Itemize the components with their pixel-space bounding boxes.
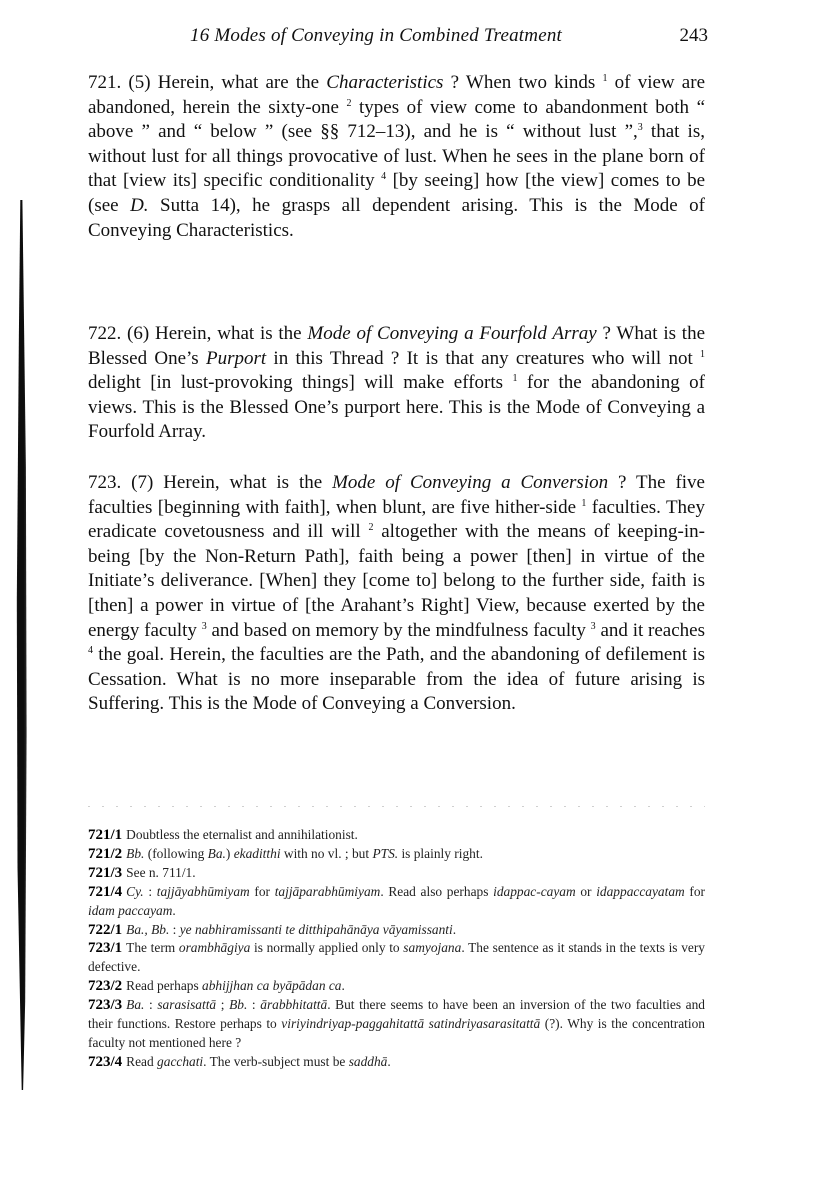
italic-text: Mode of Conveying a Fourfold Array (307, 323, 596, 344)
body-text: for (250, 884, 275, 899)
italic-text: PTS. (372, 846, 398, 861)
italic-text: Ba. (208, 846, 226, 861)
body-text: . (342, 978, 345, 993)
italic-text: saddhā (349, 1054, 388, 1069)
running-head-title: 16 Modes of Conveying in Combined Treatm… (190, 24, 562, 48)
footnote-marker: 1 (700, 349, 705, 360)
italic-text: ye nabhiramissanti te ditthipahānāya vāy… (180, 922, 453, 937)
italic-text: idappaccayatam (596, 884, 685, 899)
body-text: Sutta 14), he grasps all dependent arisi… (88, 195, 705, 241)
body-text: ? When two kinds (443, 72, 602, 93)
footnote-ref: 723/1 (88, 940, 122, 956)
italic-text: sarasisattā (157, 997, 216, 1012)
italic-text: Characteristics (326, 72, 443, 93)
footnote: 722/1Ba., Bb. : ye nabhiramissanti te di… (88, 921, 705, 940)
italic-text: Bb. (229, 997, 247, 1012)
body-text: The term (126, 940, 179, 955)
footnote: 721/2Bb. (following Ba.) ekaditthi with … (88, 845, 705, 864)
footnotes: 721/1Doubtless the eternalist and annihi… (88, 826, 705, 1072)
body-text: is normally applied only to (250, 940, 403, 955)
footnote: 723/1The term orambhāgiya is normally ap… (88, 939, 705, 977)
footnote-ref: 723/4 (88, 1054, 122, 1070)
body-text: ) (226, 846, 234, 861)
body-text: is plainly right. (398, 846, 483, 861)
footnote-divider (88, 806, 705, 807)
body-text: . The verb-subject must be (203, 1054, 349, 1069)
italic-text: Ba., Bb. (126, 922, 169, 937)
body-text: in this Thread ? It is that any creature… (266, 348, 700, 369)
body-text: with no vl. ; but (281, 846, 373, 861)
italic-text: idappac-cayam (493, 884, 576, 899)
body-text: See n. 711/1. (126, 865, 195, 880)
body-text: : (247, 997, 260, 1012)
body-text: 722. (6) Herein, what is the (88, 323, 307, 344)
italic-text: tajjāparabhūmiyam (275, 884, 381, 899)
body-text: Read perhaps (126, 978, 202, 993)
body-text: Doubtless the eternalist and annihilatio… (126, 827, 358, 842)
body-text: . (172, 903, 175, 918)
paragraph-723: 723. (7) Herein, what is the Mode of Con… (88, 471, 705, 717)
body-text: and it reaches (596, 620, 705, 641)
footnote: 721/4Cy. : tajjāyabhūmiyam for tajjāpara… (88, 883, 705, 921)
italic-text: ekaditthi (234, 846, 281, 861)
footnote-ref: 721/3 (88, 865, 122, 881)
footnote-ref: 722/1 (88, 922, 122, 938)
footnote: 723/2Read perhaps abhijjhan ca byāpādan … (88, 977, 705, 996)
body-text: 723. (7) Herein, what is the (88, 472, 332, 493)
footnote-ref: 723/2 (88, 978, 122, 994)
italic-text: idam paccayam (88, 903, 172, 918)
body-text: (following (144, 846, 207, 861)
body-text: 721. (5) Herein, what are the (88, 72, 326, 93)
italic-text: Cy. (126, 884, 143, 899)
body-text: and based on memory by the mindfulness f… (207, 620, 591, 641)
page-number: 243 (680, 24, 709, 48)
body-text: delight [in lust-provoking things] will … (88, 372, 512, 393)
body-text: : (144, 997, 157, 1012)
body-text: for (685, 884, 705, 899)
body-text: or (576, 884, 597, 899)
italic-text: Bb. (126, 846, 144, 861)
italic-text: samyojana (403, 940, 461, 955)
italic-text: viriyindriyap-paggahitattā satindriyasar… (281, 1016, 540, 1031)
italic-text: gacchati (157, 1054, 203, 1069)
footnote-ref: 721/1 (88, 827, 122, 843)
body-text: . Read also perhaps (380, 884, 493, 899)
body-text: ; (216, 997, 229, 1012)
italic-text: ārabbhitattā (260, 997, 327, 1012)
body-text: the goal. Herein, the faculties are the … (88, 644, 705, 714)
paragraph-722: 722. (6) Herein, what is the Mode of Con… (88, 322, 705, 445)
body-text: . (387, 1054, 390, 1069)
footnote: 723/4Read gacchati. The verb-subject mus… (88, 1053, 705, 1072)
body-text: . (453, 922, 456, 937)
italic-text: abhijjhan ca byāpādan ca (202, 978, 341, 993)
italic-text: D. (130, 195, 148, 216)
italic-text: tajjāyabhūmiyam (157, 884, 250, 899)
running-head: 16 Modes of Conveying in Combined Treatm… (190, 24, 720, 48)
paragraph-721: 721. (5) Herein, what are the Characteri… (88, 71, 705, 243)
footnote-ref: 721/4 (88, 884, 122, 900)
italic-text: Purport (206, 348, 266, 369)
italic-text: orambhāgiya (179, 940, 250, 955)
body-text: : (144, 884, 157, 899)
italic-text: Ba. (126, 997, 144, 1012)
italic-text: Mode of Conveying a Conversion (332, 472, 608, 493)
footnote: 721/3See n. 711/1. (88, 864, 705, 883)
body-text: Read (126, 1054, 157, 1069)
footnote: 721/1Doubtless the eternalist and annihi… (88, 826, 705, 845)
body-text: : (169, 922, 179, 937)
footnote-ref: 723/3 (88, 997, 122, 1013)
footnote: 723/3Ba. : sarasisattā ; Bb. : ārabbhita… (88, 996, 705, 1053)
binding-shadow (14, 200, 28, 1090)
footnote-ref: 721/2 (88, 846, 122, 862)
